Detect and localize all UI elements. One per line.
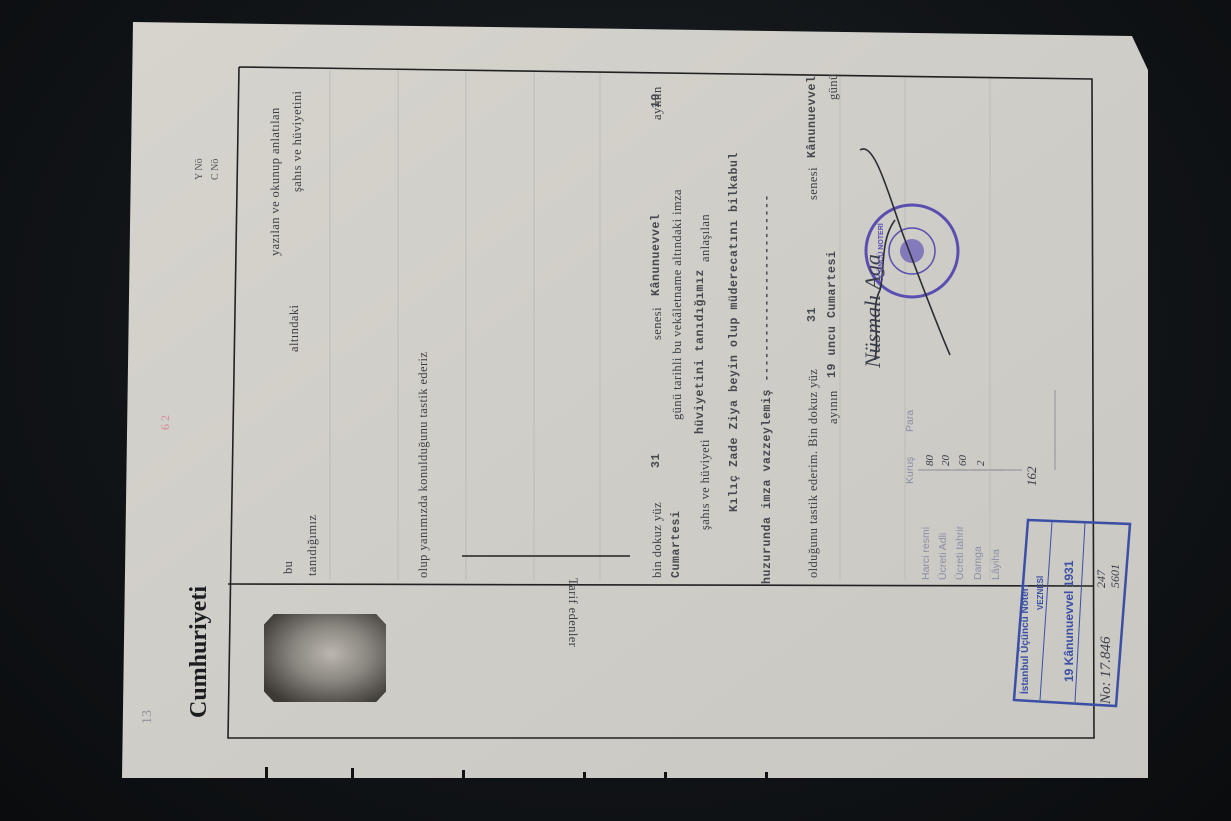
s1-line2-prefix: tanıdığımız [305,515,320,576]
register-numerator: 247 [1094,570,1109,588]
stamp-vezne: VEZNESİ [1036,576,1045,610]
y-number-label: Y Nö [194,158,205,180]
fee-value-tahrir: 60 [957,455,969,466]
s2-line7-typed: 19 uncu Cumartesi [826,250,839,378]
paper-sheet [0,0,1231,821]
fee-value-adli: 20 [940,455,952,466]
fee-header-para: Para [904,410,916,432]
fee-total: 162 [1024,467,1040,487]
red-margin-mark: 6 2 [158,415,173,430]
s2-year-printed: bin dokuz yüz [650,502,665,578]
seal-text: ÜÇÜNCÜ NOTERİ [878,223,885,282]
s2-year-typed: 31 [650,453,663,468]
s2-line6-printed: olduğunu tastik ederim. Bin dokuz yüz [806,369,821,578]
fee-value-damga: 2 [975,461,987,467]
s2-line2-printed: günü tarihli bu vekâletname altındaki im… [670,189,685,420]
s2-line3-printed: şahıs ve hüviyeti [698,439,713,530]
s2-line7-ayinin: ayının [826,390,841,424]
s2-line3-overstrike: hüviyetini tanıdığımız [694,269,707,434]
s2-line3-suffix: anlaşılan [698,214,713,262]
s2-senesi: senesi [650,307,665,340]
s1-line1-suffix: yazılan ve okunup anlatılan [268,107,283,256]
header-title: Cumhuriyeti [186,586,213,718]
s2-line6-year: 31 [806,307,819,322]
fee-value-harc: 80 [924,455,936,466]
s2-principal-name: Kılıç Zade Ziya beyin olup müderecatını … [728,152,741,512]
register-denominator: 5601 [1108,564,1123,588]
document-photo: Cumhuriyeti Y Nö C Nö 13 6 2 bu altındak… [0,0,1231,821]
fee-header-kurus: Kuruş [904,457,916,484]
fee-label-adli: Ücreti Adli [937,533,949,580]
s2-line6-month: Kânunuevvel [806,75,819,158]
stamp-date: 19 Kânunuevvel 1931 [1062,561,1076,682]
fee-label-layiha: Lâyiha [990,549,1002,580]
s1-line3: olup yanımızda konulduğunu tastik ederiz [416,352,431,578]
s1-line1-prefix: bu [281,561,296,574]
s2-day-typed: 19 [650,93,663,108]
witness-label: Tarif edenler [565,578,580,647]
s2-month-typed: Kânunuevvel [650,213,663,296]
s2-weekday-typed: Cumartesi [670,510,683,578]
portrait-photo [264,614,386,702]
s2-line6-gunu: günü [826,73,841,100]
fee-label-tahrir: Ücreti tahrir [954,526,966,580]
s2-line6-senesi: senesi [806,167,821,200]
pencil-number: 13 [140,710,156,724]
fee-label-harc: Harci resmi [920,527,932,580]
fee-label-damga: Damga [972,546,984,580]
s1-line1-mid: altındaki [287,305,302,352]
c-number-label: C Nö [210,159,221,180]
stamp-office: İstanbul Üçüncü Noteri [1020,585,1031,694]
s2-signed-in-presence: huzurunda imza vazzeylemiş -------------… [761,194,774,584]
register-number: No: 17.846 [1098,637,1115,705]
s1-line2-suffix: şahıs ve hüviyetini [290,91,305,192]
